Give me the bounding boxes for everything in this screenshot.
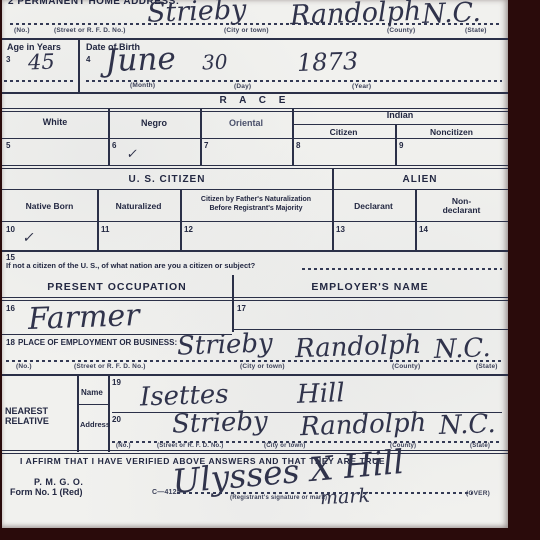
father-naturalization-label-line1: Citizen by Father's Naturalization bbox=[180, 196, 332, 203]
employment-label: PLACE OF EMPLOYMENT OR BUSINESS: bbox=[18, 338, 177, 347]
relative-address-place-handwriting: Strieby bbox=[172, 406, 269, 439]
native-born-number: 10 bbox=[6, 225, 15, 234]
relative-address-state-handwriting: N.C. bbox=[438, 409, 496, 441]
race-negro-number: 6 bbox=[112, 141, 116, 150]
address-place-handwriting: Strieby bbox=[146, 0, 246, 29]
birth-day-handwriting: 30 bbox=[202, 50, 228, 75]
footer-form-number: Form No. 1 (Red) bbox=[10, 487, 83, 497]
footer-pmgo: P. M. G. O. bbox=[34, 477, 83, 487]
non-declarant-label-line2: declarant bbox=[415, 205, 508, 215]
relative-sublabel-city: (City or town) bbox=[264, 443, 305, 449]
race-indian-citizen-label: Citizen bbox=[292, 127, 395, 137]
nearest-relative-label-line2: RELATIVE bbox=[5, 416, 49, 426]
employer-box-number: 17 bbox=[237, 304, 246, 313]
alien-title: ALIEN bbox=[332, 174, 508, 185]
age-value-handwriting: 45 bbox=[28, 50, 56, 75]
q15-question: If not a citizen of the U. S., of what n… bbox=[6, 261, 255, 270]
race-indian-label: Indian bbox=[292, 110, 508, 120]
employment-sublabel-street: (Street or R. F. D. No.) bbox=[74, 363, 146, 370]
employment-sublabel-city: (City or town) bbox=[240, 363, 285, 370]
age-box-number: 3 bbox=[6, 55, 10, 64]
relative-name-box-number: 19 bbox=[112, 378, 121, 387]
relative-sublabel-street: (Street or R. F. D. No.) bbox=[157, 443, 223, 449]
sublabel-day: (Day) bbox=[234, 83, 251, 90]
sublabel-city: (City or town) bbox=[224, 27, 269, 34]
relative-sublabel-no: (No.) bbox=[116, 443, 131, 449]
registration-card-paper: 2 PERMANENT HOME ADDRESS: Strieby Randol… bbox=[2, 0, 508, 528]
over-label: (OVER) bbox=[466, 490, 490, 497]
naturalized-number: 11 bbox=[101, 225, 109, 234]
nearest-relative-label-line1: NEAREST bbox=[5, 406, 48, 416]
race-white-label: White bbox=[2, 117, 108, 127]
occupation-header: PRESENT OCCUPATION bbox=[2, 281, 232, 293]
employment-sublabel-state: (State) bbox=[476, 363, 498, 370]
birth-year-handwriting: 1873 bbox=[297, 47, 359, 77]
sublabel-street: (Street or R. F. D. No.) bbox=[54, 27, 126, 34]
race-indian-citizen-number: 8 bbox=[296, 141, 300, 150]
sublabel-state: (State) bbox=[465, 27, 487, 34]
sublabel-year: (Year) bbox=[352, 83, 371, 90]
employment-place-handwriting: Strieby bbox=[177, 328, 274, 361]
race-indian-noncitizen-number: 9 bbox=[399, 141, 403, 150]
relative-sublabel-state: (State) bbox=[470, 443, 490, 449]
address-state-handwriting: N.C. bbox=[421, 0, 481, 30]
relative-name-label: Name bbox=[81, 388, 103, 397]
relative-address-county-handwriting: Randolph bbox=[300, 408, 427, 442]
sublabel-county: (County) bbox=[387, 27, 415, 34]
employment-sublabel-no: (No.) bbox=[16, 363, 32, 370]
native-born-label: Native Born bbox=[2, 201, 97, 211]
birth-box-number: 4 bbox=[86, 55, 90, 64]
relative-name-last-handwriting: Hill bbox=[296, 378, 345, 410]
race-negro-label: Negro bbox=[108, 118, 200, 128]
occupation-box-number: 16 bbox=[6, 304, 15, 313]
naturalized-label: Naturalized bbox=[97, 201, 180, 211]
race-indian-noncitizen-label: Noncitizen bbox=[395, 127, 508, 137]
declarant-number: 13 bbox=[336, 225, 345, 234]
race-title: R A C E bbox=[2, 95, 508, 106]
native-born-checkmark: ✓ bbox=[22, 230, 34, 246]
employer-header: EMPLOYER'S NAME bbox=[232, 281, 508, 293]
declarant-label: Declarant bbox=[332, 201, 415, 211]
race-oriental-label: Oriental bbox=[200, 118, 292, 128]
race-oriental-number: 7 bbox=[204, 141, 208, 150]
father-naturalization-number: 12 bbox=[184, 225, 193, 234]
signature-line-label: (Registrant's signature or mark) bbox=[230, 495, 327, 501]
employment-sublabel-county: (County) bbox=[392, 363, 420, 370]
occupation-handwriting: Farmer bbox=[27, 298, 140, 337]
draft-registration-card-scan: { "form": { "sublabels": { "no": "(No.)"… bbox=[0, 0, 540, 540]
race-negro-checkmark: ✓ bbox=[126, 147, 137, 162]
relative-address-box-number: 20 bbox=[112, 415, 121, 424]
employment-box-number: 18 bbox=[6, 338, 15, 347]
sublabel-no: (No.) bbox=[14, 27, 30, 34]
sublabel-month: (Month) bbox=[130, 82, 155, 89]
non-declarant-number: 14 bbox=[419, 225, 428, 234]
race-white-number: 5 bbox=[6, 141, 10, 150]
us-citizen-title: U. S. CITIZEN bbox=[2, 174, 332, 185]
father-naturalization-label-line2: Before Registrant's Majority bbox=[180, 205, 332, 212]
relative-address-label: Address bbox=[80, 420, 110, 429]
birth-month-handwriting: June bbox=[104, 41, 176, 79]
